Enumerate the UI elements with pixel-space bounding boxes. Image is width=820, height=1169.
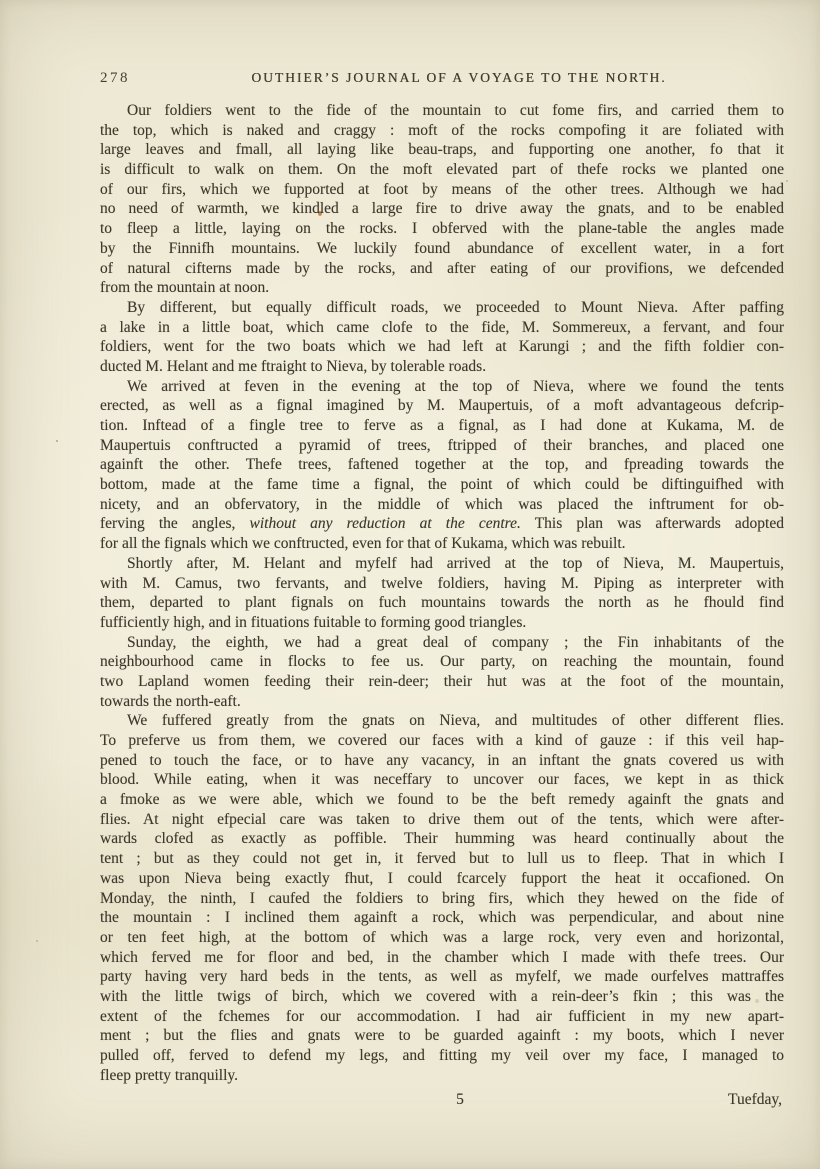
dust-specks [56, 440, 58, 442]
text-line: two Lapland women feeding their rein-dee… [100, 672, 784, 692]
text-line: Shortly after, M. Helant and myfelf had … [100, 554, 784, 574]
text-line: the mountain : I inclined them againft a… [100, 908, 784, 928]
text-line: nicety, and an obfervatory, in the middl… [100, 495, 784, 515]
text-line: or ten feet high, at the bottom of which… [100, 928, 784, 948]
text-line: with M. Camus, two fervants, and twelve … [100, 574, 784, 594]
text-line: from the mountain at noon. [100, 278, 784, 298]
paragraph: Our foldiers went to the fide of the mou… [100, 101, 784, 298]
page-header: 278 OUTHIER’S JOURNAL OF A VOYAGE TO THE… [100, 70, 784, 90]
text-line: erected, as well as a fignal imagined by… [100, 396, 784, 416]
text-line: party having very hard beds in the tents… [100, 967, 784, 987]
paragraph: We arrived at feven in the evening at th… [100, 377, 784, 554]
text-line: wards clofed as exactly as poffible. The… [100, 829, 784, 849]
body-text: Our foldiers went to the fide of the mou… [100, 101, 784, 1085]
text-line: ferving the angles, without any reductio… [100, 514, 784, 534]
text-line: flies. At night efpecial care was taken … [100, 810, 784, 830]
text-line: of natural cifterns made by the rocks, a… [100, 259, 784, 279]
text-line: Sunday, the eighth, we had a great deal … [100, 633, 784, 653]
text-line: fufficiently high, and in fituations fui… [100, 613, 784, 633]
text-line: We fuffered greatly from the gnats on Ni… [100, 711, 784, 731]
text-line: tent ; but as they could not get in, it … [100, 849, 784, 869]
text-line: By different, but equally difficult road… [100, 298, 784, 318]
text-line: to fleep a little, laying on the rocks. … [100, 219, 784, 239]
paragraph: We fuffered greatly from the gnats on Ni… [100, 711, 784, 1085]
text-line: againft the other. Thefe trees, faftened… [100, 455, 784, 475]
paragraph: Shortly after, M. Helant and myfelf had … [100, 554, 784, 633]
text-line: Maupertuis conftructed a pyramid of tree… [100, 436, 784, 456]
text-line: which ferved me for floor and bed, in th… [100, 948, 784, 968]
text-line: fleep pretty tranquilly. [100, 1066, 784, 1086]
text-line: neighbourhood came in flocks to fee us. … [100, 652, 784, 672]
text-line: Our foldiers went to the fide of the mou… [100, 101, 784, 121]
catchword: Tuefday, [728, 1091, 782, 1109]
text-line: foldiers, went for the two boats which w… [100, 337, 784, 357]
paragraph: By different, but equally difficult road… [100, 298, 784, 377]
text-line: was upon Nieva being exactly fhut, I cou… [100, 869, 784, 889]
text-line: ducted M. Helant and me ftraight to Niev… [100, 357, 784, 377]
text-line: pened to touch the face, or to have any … [100, 751, 784, 771]
running-title: OUTHIER’S JOURNAL OF A VOYAGE TO THE NOR… [100, 70, 784, 86]
text-column: 278 OUTHIER’S JOURNAL OF A VOYAGE TO THE… [100, 70, 784, 1113]
text-line: blood. While eating, when it was neceffa… [100, 770, 784, 790]
text-line: a lake in a little boat, which came clof… [100, 318, 784, 338]
text-line: extent of the fchemes for our accommodat… [100, 1007, 784, 1027]
text-line: for all the fignals which we conftructed… [100, 534, 784, 554]
text-line: towards the north-eaft. [100, 692, 784, 712]
text-line: large leaves and fmall, all laying like … [100, 140, 784, 160]
text-line: them, departed to plant fignals on fuch … [100, 593, 784, 613]
text-line: We arrived at feven in the evening at th… [100, 377, 784, 397]
text-line: the top, which is naked and craggy : mof… [100, 121, 784, 141]
text-line: by the Finnifh mountains. We luckily fou… [100, 239, 784, 259]
text-line: Monday, the ninth, I caufed the foldiers… [100, 889, 784, 909]
book-page: 278 OUTHIER’S JOURNAL OF A VOYAGE TO THE… [0, 0, 820, 1169]
text-line: ment ; but the flies and gnats were to b… [100, 1026, 784, 1046]
page-footer: 5 Tuefday, [100, 1091, 784, 1113]
signature-mark: 5 [100, 1091, 784, 1109]
text-line: To preferve us from them, we covered our… [100, 731, 784, 751]
text-line: is difficult to walk on them. On the mof… [100, 160, 784, 180]
paragraph: Sunday, the eighth, we had a great deal … [100, 633, 784, 712]
text-line: bottom, made at the fame time a fignal, … [100, 475, 784, 495]
page-number: 278 [100, 70, 130, 87]
text-line: a fmoke as we were able, which we found … [100, 790, 784, 810]
text-line: with the little twigs of birch, which we… [100, 987, 784, 1007]
text-line: no need of warmth, we kindled a large fi… [100, 199, 784, 219]
text-line: of our firs, which we fupported at foot … [100, 180, 784, 200]
text-line: tion. Inftead of a fingle tree to ferve … [100, 416, 784, 436]
text-line: pulled off, ferved to defend my legs, an… [100, 1046, 784, 1066]
